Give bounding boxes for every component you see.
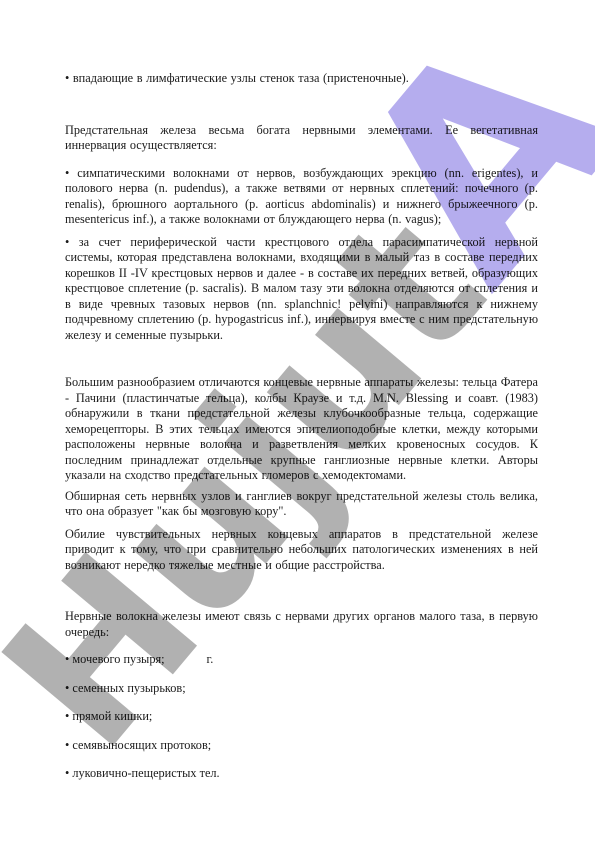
- list-item-seminal-vesicles: • семенных пузырьков;: [65, 681, 538, 697]
- paragraph-nerve-endings: Большим разнообразием отличаются концевы…: [65, 375, 538, 484]
- list-item-vas-deferens: • семявыносящих протоков;: [65, 738, 538, 754]
- paragraph-bullet-sympathetic: • симпатическими волокнами от нервов, во…: [65, 166, 538, 228]
- list-item-text: • прямой кишки;: [65, 709, 152, 723]
- list-item-bulbocavernous: • луковично-пещеристых тел.: [65, 766, 538, 782]
- paragraph-intro: Предстательная железа весьма богата нерв…: [65, 123, 538, 154]
- list-item-note: г.: [207, 652, 214, 668]
- list-item-text: • мочевого пузыря;: [65, 652, 165, 666]
- list-item-text: • семенных пузырьков;: [65, 681, 186, 695]
- paragraph-organ-connections: Нервные волокна железы имеют связь с нер…: [65, 609, 538, 640]
- paragraph-ganglia-network: Обширная сеть нервных узлов и ганглиев в…: [65, 489, 538, 520]
- document-text-column: • впадающие в лимфатические узлы стенок …: [65, 71, 538, 795]
- paragraph-sensory-abundance: Обилие чувствительных нервных концевых а…: [65, 527, 538, 574]
- list-item-bladder: • мочевого пузыря;г.: [65, 652, 538, 668]
- organ-list: • мочевого пузыря;г. • семенных пузырько…: [65, 652, 538, 782]
- paragraph-top-bullet: • впадающие в лимфатические узлы стенок …: [65, 71, 538, 87]
- document-page: • впадающие в лимфатические узлы стенок …: [0, 0, 595, 842]
- paragraph-bullet-sacral: • за счет периферической части крестцово…: [65, 235, 538, 344]
- list-item-text: • луковично-пещеристых тел.: [65, 766, 220, 780]
- list-item-text: • семявыносящих протоков;: [65, 738, 211, 752]
- list-item-rectum: • прямой кишки;: [65, 709, 538, 725]
